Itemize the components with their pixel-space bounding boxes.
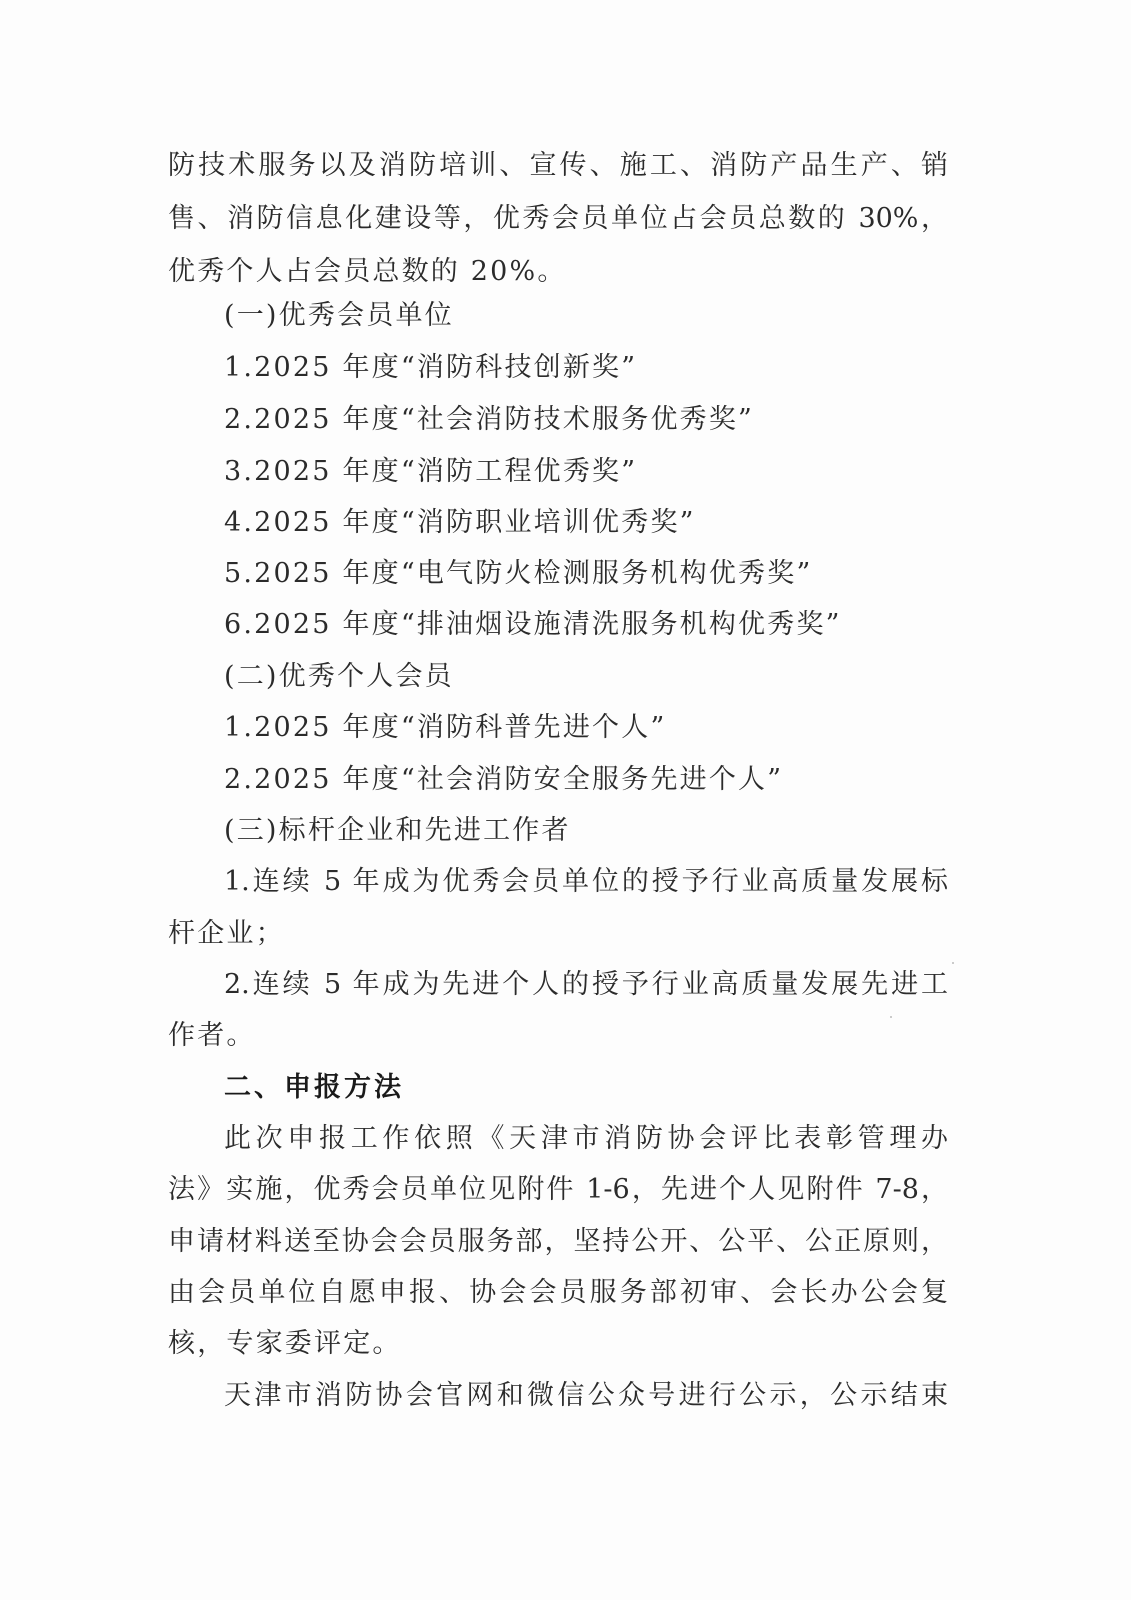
part-2-heading: 二、申报方法 (224, 1070, 1004, 1106)
method-paragraph-line-1: 此次申报工作依照《天津市消防协会评比表彰管理办 (224, 1121, 948, 1157)
intro-line-3: 优秀个人占会员总数的 20%。 (168, 254, 948, 290)
method-paragraph-line-3: 申请材料送至协会会员服务部，坚持公开、公平、公正原则， (168, 1224, 948, 1260)
benchmark-item-1-line-1: 1.连续 5 年成为优秀会员单位的授予行业高质量发展标 (224, 864, 948, 900)
award-item-2: 2.2025 年度“社会消防技术服务优秀奖” (224, 402, 1004, 438)
section-3-title: (三)标杆企业和先进工作者 (224, 813, 1004, 849)
intro-line-1: 防技术服务以及消防培训、宣传、施工、消防产品生产、销 (168, 148, 948, 184)
document-page: 防技术服务以及消防培训、宣传、施工、消防产品生产、销 售、消防信息化建设等，优秀… (0, 0, 1131, 1600)
award-item-1: 1.2025 年度“消防科技创新奖” (224, 350, 1004, 386)
individual-award-item-2: 2.2025 年度“社会消防安全服务先进个人” (224, 762, 1004, 798)
award-item-5: 5.2025 年度“电气防火检测服务机构优秀奖” (224, 556, 1004, 592)
benchmark-item-1-line-2: 杆企业； (168, 916, 948, 952)
section-1-title: (一)优秀会员单位 (224, 298, 1004, 334)
scan-speck (952, 962, 954, 964)
scan-speck (890, 1016, 892, 1018)
intro-line-2: 售、消防信息化建设等，优秀会员单位占会员总数的 30%， (168, 201, 948, 237)
method-paragraph-line-4: 由会员单位自愿申报、协会会员服务部初审、会长办公会复 (168, 1275, 948, 1311)
section-2-title: (二)优秀个人会员 (224, 659, 1004, 695)
benchmark-item-2-line-2: 作者。 (168, 1018, 948, 1054)
award-item-4: 4.2025 年度“消防职业培训优秀奖” (224, 505, 1004, 541)
method-paragraph-line-2: 法》实施，优秀会员单位见附件 1-6，先进个人见附件 7-8， (168, 1172, 948, 1208)
method-paragraph-line-5: 核，专家委评定。 (168, 1326, 948, 1362)
benchmark-item-2-line-1: 2.连续 5 年成为先进个人的授予行业高质量发展先进工 (224, 967, 948, 1003)
individual-award-item-1: 1.2025 年度“消防科普先进个人” (224, 710, 1004, 746)
award-item-6: 6.2025 年度“排油烟设施清洗服务机构优秀奖” (224, 607, 1004, 643)
award-item-3: 3.2025 年度“消防工程优秀奖” (224, 454, 1004, 490)
publicity-paragraph-line-1: 天津市消防协会官网和微信公众号进行公示，公示结束 (224, 1378, 948, 1414)
